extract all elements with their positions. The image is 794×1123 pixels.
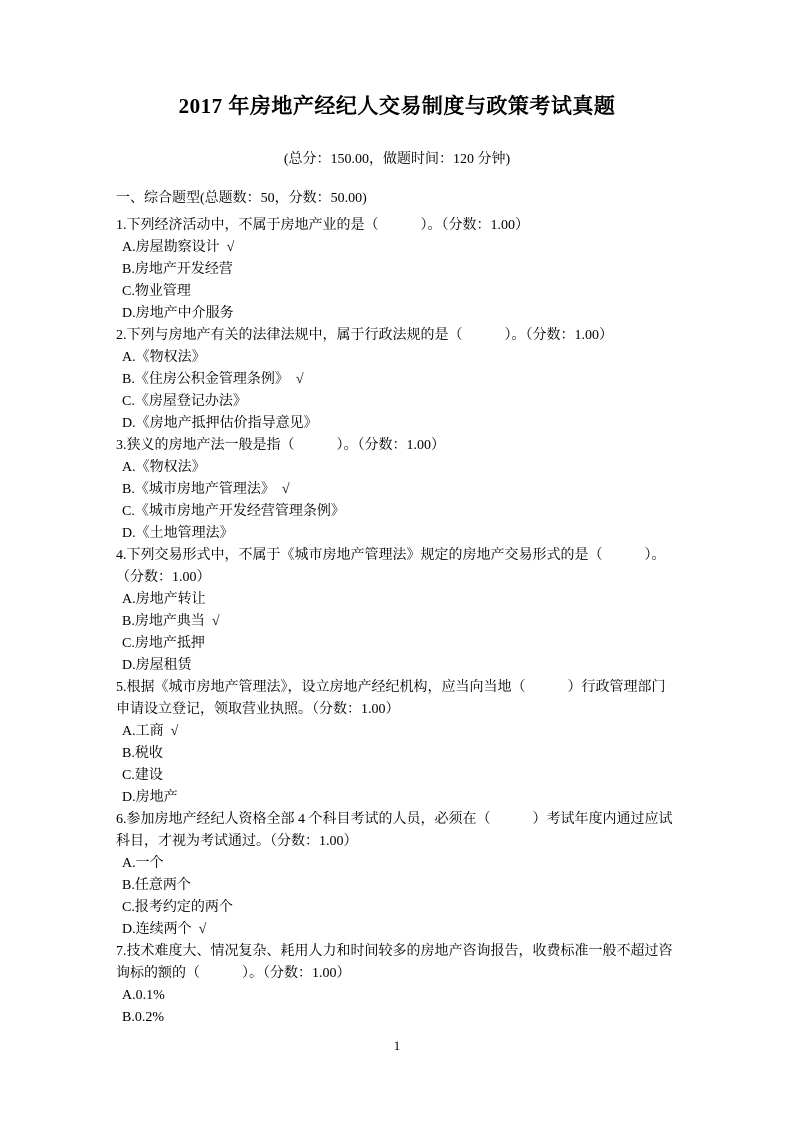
option-a: A.《物权法》 <box>116 457 676 479</box>
option-a: A.《物权法》 <box>116 347 676 369</box>
option-text: D.《房地产抵押估价指导意见》 <box>122 416 318 431</box>
option-text: A.一个 <box>122 856 164 871</box>
option-text: D.房屋租赁 <box>122 658 192 673</box>
question-stem: 3.狭义的房地产法一般是指（ ）。（分数：1.00） <box>116 435 676 457</box>
check-icon: √ <box>171 724 179 739</box>
option-text: C.《城市房地产开发经营管理条例》 <box>122 504 345 519</box>
option-text: C.物业管理 <box>122 284 191 299</box>
option-text: B.任意两个 <box>122 878 191 893</box>
option-text: D.《土地管理法》 <box>122 526 234 541</box>
option-text: A.房地产转让 <box>122 592 206 607</box>
question-stem: 2.下列与房地产有关的法律法规中，属于行政法规的是（ ）。（分数：1.00） <box>116 325 676 347</box>
option-b: B.《城市房地产管理法》√ <box>116 479 676 501</box>
check-icon: √ <box>296 372 304 387</box>
question-stem: 6.参加房地产经纪人资格全部 4 个科目考试的人员，必须在（ ）考试年度内通过应… <box>116 809 676 853</box>
question-stem: 4.下列交易形式中，不属于《城市房地产管理法》规定的房地产交易形式的是（ ）。（… <box>116 545 676 589</box>
option-text: D.房地产中介服务 <box>122 306 234 321</box>
option-text: C.建设 <box>122 768 163 783</box>
option-a: A.房地产转让 <box>116 589 676 611</box>
option-text: A.工商 <box>122 724 164 739</box>
option-text: A.房屋勘察设计 <box>122 240 220 255</box>
question-4: 4.下列交易形式中，不属于《城市房地产管理法》规定的房地产交易形式的是（ ）。（… <box>116 545 676 677</box>
option-b: B.《住房公积金管理条例》√ <box>116 369 676 391</box>
question-stem: 1.下列经济活动中，不属于房地产业的是（ ）。（分数：1.00） <box>116 215 676 237</box>
question-stem: 5.根据《城市房地产管理法》，设立房地产经纪机构，应当向当地（ ）行政管理部门申… <box>116 677 676 721</box>
section-heading: 一、综合题型(总题数：50，分数：50.00) <box>116 189 676 209</box>
option-text: B.《住房公积金管理条例》 <box>122 372 289 387</box>
option-text: B.0.2% <box>122 1010 164 1025</box>
option-d: D.房屋租赁 <box>116 655 676 677</box>
check-icon: √ <box>199 922 207 937</box>
option-c: C.建设 <box>116 765 676 787</box>
option-a: A.一个 <box>116 853 676 875</box>
option-text: B.房地产典当 <box>122 614 205 629</box>
option-c: C.《城市房地产开发经营管理条例》 <box>116 501 676 523</box>
option-text: A.《物权法》 <box>122 350 206 365</box>
option-a: A.房屋勘察设计√ <box>116 237 676 259</box>
option-text: C.《房屋登记办法》 <box>122 394 247 409</box>
option-d: D.房地产中介服务 <box>116 303 676 325</box>
option-c: C.物业管理 <box>116 281 676 303</box>
document-body: 一、综合题型(总题数：50，分数：50.00) 1.下列经济活动中，不属于房地产… <box>116 189 676 1029</box>
question-7: 7.技术难度大、情况复杂、耗用人力和时间较多的房地产咨询报告，收费标准一般不超过… <box>116 941 676 1029</box>
question-2: 2.下列与房地产有关的法律法规中，属于行政法规的是（ ）。（分数：1.00） A… <box>116 325 676 435</box>
question-6: 6.参加房地产经纪人资格全部 4 个科目考试的人员，必须在（ ）考试年度内通过应… <box>116 809 676 941</box>
question-5: 5.根据《城市房地产管理法》，设立房地产经纪机构，应当向当地（ ）行政管理部门申… <box>116 677 676 809</box>
option-d: D.《土地管理法》 <box>116 523 676 545</box>
option-d: D.《房地产抵押估价指导意见》 <box>116 413 676 435</box>
check-icon: √ <box>282 482 290 497</box>
option-c: C.《房屋登记办法》 <box>116 391 676 413</box>
option-b: B.税收 <box>116 743 676 765</box>
page-number: 1 <box>0 1038 794 1054</box>
option-text: C.报考约定的两个 <box>122 900 233 915</box>
question-list: 1.下列经济活动中，不属于房地产业的是（ ）。（分数：1.00） A.房屋勘察设… <box>116 215 676 1029</box>
check-icon: √ <box>212 614 220 629</box>
question-3: 3.狭义的房地产法一般是指（ ）。（分数：1.00） A.《物权法》 B.《城市… <box>116 435 676 545</box>
option-b: B.0.2% <box>116 1007 676 1029</box>
option-a: A.工商√ <box>116 721 676 743</box>
option-b: B.房地产开发经营 <box>116 259 676 281</box>
option-d: D.房地产 <box>116 787 676 809</box>
option-text: A.《物权法》 <box>122 460 206 475</box>
check-icon: √ <box>227 240 235 255</box>
option-text: A.0.1% <box>122 988 165 1003</box>
option-text: D.连续两个 <box>122 922 192 937</box>
question-1: 1.下列经济活动中，不属于房地产业的是（ ）。（分数：1.00） A.房屋勘察设… <box>116 215 676 325</box>
option-text: B.《城市房地产管理法》 <box>122 482 275 497</box>
option-text: B.房地产开发经营 <box>122 262 233 277</box>
question-stem: 7.技术难度大、情况复杂、耗用人力和时间较多的房地产咨询报告，收费标准一般不超过… <box>116 941 676 985</box>
option-b: B.房地产典当√ <box>116 611 676 633</box>
option-a: A.0.1% <box>116 985 676 1007</box>
option-d: D.连续两个√ <box>116 919 676 941</box>
exam-meta-line: (总分：150.00，做题时间：120 分钟) <box>0 151 794 169</box>
option-text: C.房地产抵押 <box>122 636 205 651</box>
page-title: 2017 年房地产经纪人交易制度与政策考试真题 <box>0 0 794 120</box>
option-b: B.任意两个 <box>116 875 676 897</box>
option-text: D.房地产 <box>122 790 178 805</box>
option-c: C.报考约定的两个 <box>116 897 676 919</box>
exam-document-page: 2017 年房地产经纪人交易制度与政策考试真题 (总分：150.00，做题时间：… <box>0 0 794 1123</box>
option-text: B.税收 <box>122 746 163 761</box>
option-c: C.房地产抵押 <box>116 633 676 655</box>
